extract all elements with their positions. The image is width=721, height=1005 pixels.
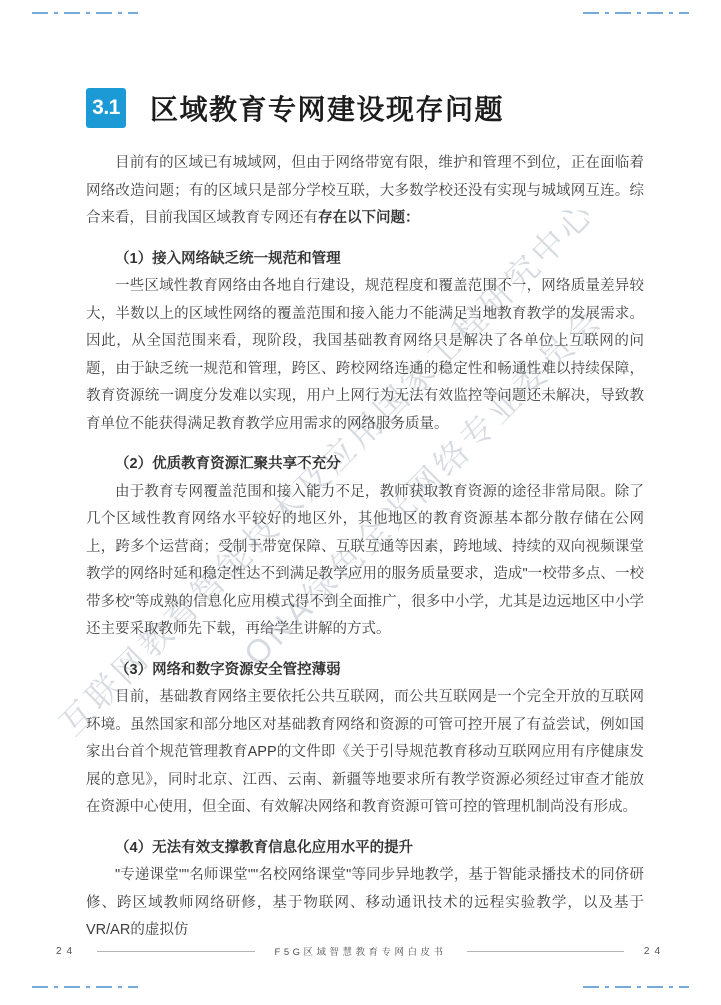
- paragraph-2: 由于教育专网覆盖范围和接入能力不足，教师获取教育资源的途径非常局限。除了几个区域…: [86, 479, 644, 644]
- page-number-left: 24: [56, 946, 77, 957]
- paragraph-3: 目前，基础教育网络主要依托公共互联网，而公共互联网是一个完全开放的互联网环境。虽…: [86, 684, 644, 822]
- crop-mark-bottom-left: [32, 986, 138, 988]
- body-content: 目前有的区域已有城域网，但由于网络带宽有限，维护和管理不到位，正在面临着网络改造…: [86, 150, 644, 945]
- page-title: 区域教育专网建设现存问题: [150, 88, 504, 128]
- section-title-row: 3.1 区域教育专网建设现存问题: [86, 88, 504, 128]
- paragraph-4: "专递课堂""名师课堂""名校网络课堂"等同步异地教学，基于智能录播技术的同侪研…: [86, 862, 644, 945]
- footer-rule-left: [97, 951, 254, 952]
- intro-paragraph: 目前有的区域已有城域网，但由于网络带宽有限，维护和管理不到位，正在面临着网络改造…: [86, 150, 644, 233]
- crop-mark-top-left: [32, 12, 138, 14]
- crop-mark-top-right: [583, 12, 689, 14]
- document-page: 互联网教育智能技术及应用国家工程研究中心 ONA绿色全光网络专业委员会 3.1 …: [0, 0, 721, 1005]
- subheading-4: （4）无法有效支撑教育信息化应用水平的提升: [86, 835, 644, 863]
- subheading-1: （1）接入网络缺乏统一规范和管理: [86, 246, 644, 274]
- intro-bold-text: 存在以下问题：: [318, 210, 420, 226]
- footer-book-title: F5G区域智慧教育专网白皮书: [275, 944, 447, 958]
- paragraph-1: 一些区域性教育网络由各地自行建设，规范程度和覆盖范围不一，网络质量差异较大，半数…: [86, 273, 644, 438]
- subheading-3: （3）网络和数字资源安全管控薄弱: [86, 657, 644, 685]
- footer-rule-right: [467, 951, 624, 952]
- page-footer: 24 F5G区域智慧教育专网白皮书 24: [0, 944, 721, 958]
- page-number-right: 24: [644, 946, 665, 957]
- subheading-2: （2）优质教育资源汇聚共享不充分: [86, 451, 644, 479]
- crop-mark-bottom-right: [583, 986, 689, 988]
- section-number-badge: 3.1: [86, 88, 126, 128]
